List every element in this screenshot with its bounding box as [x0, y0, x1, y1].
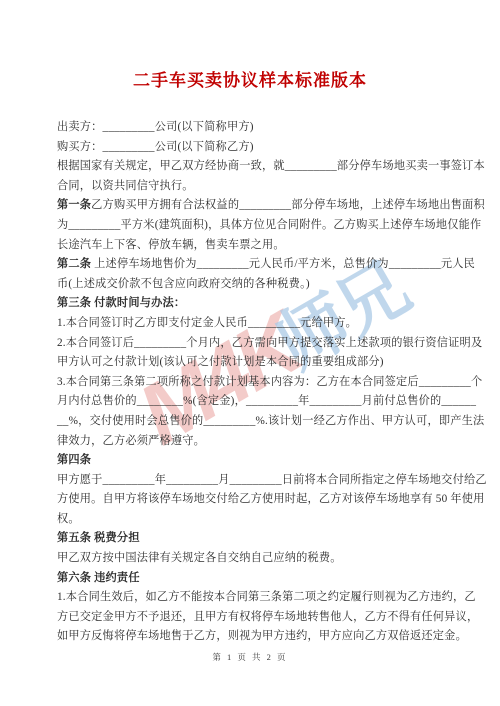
- document-line: 3.本合同第三条第二项所称之付款计划基本内容为：乙方在本合同签定后_______…: [57, 373, 447, 393]
- line-text: 甲方愿于_________年_________月_________日前将本合同所…: [57, 474, 487, 486]
- line-text: 月内付总售价的________%(含定金)，_________年________…: [57, 395, 476, 407]
- line-text: 如甲方反悔将停车场地售于乙方，则视为甲方违约，甲方应向乙方双倍返还定金。: [57, 630, 467, 642]
- line-text: 1.本合同签订时乙方即支付定金人民币_________元给甲方。: [57, 317, 357, 329]
- line-text: 为_________平方米(建筑面积)，具体方位见合同附件。乙方购买上述停车场地…: [57, 219, 481, 231]
- line-text: 甲乙双方按中国法律有关规定各自交纳自己应纳的税费。: [57, 552, 342, 564]
- line-text: 长途汽车上下客、停放车辆，售卖车票之用。: [57, 239, 285, 251]
- document-line: 第四条: [57, 451, 447, 471]
- line-text: 3.本合同第三条第二项所称之付款计划基本内容为：乙方在本合同签定后_______…: [57, 376, 482, 388]
- document-line: 甲方愿于_________年_________月_________日前将本合同所…: [57, 471, 447, 491]
- clause-heading: 第一条: [57, 199, 91, 211]
- document-line: 如甲方反悔将停车场地售于乙方，则视为甲方违约，甲方应向乙方双倍返还定金。: [57, 627, 447, 647]
- clause-heading: 第三条 付款时间与办法：: [57, 297, 185, 309]
- document-line: 1.本合同签订时乙方即支付定金人民币_________元给甲方。: [57, 314, 447, 334]
- line-text: 合同，以资共同信守执行。: [57, 180, 194, 192]
- clause-heading: 第五条 税费分担: [57, 532, 140, 544]
- document-line: 出卖方：_________公司(以下简称甲方): [57, 118, 447, 138]
- document-line: 第三条 付款时间与办法：: [57, 294, 447, 314]
- line-text: 币(上述成交价款不包含应向政府交纳的各种税费。): [57, 278, 310, 290]
- clause-heading: 第二条: [57, 258, 91, 270]
- document-line: 1.本合同生效后，如乙方不能按本合同第三条第二项之约定履行则视为乙方违约，乙: [57, 588, 447, 608]
- document-line: __%，交付使用时会总售价的_________%.该计划一经乙方作出、甲方认可，…: [57, 412, 447, 432]
- document-line: 长途汽车上下客、停放车辆，售卖车票之用。: [57, 236, 447, 256]
- line-text: 甲方认可之付款计划(该认可之付款计划是本合同的重要组成部分): [57, 356, 384, 368]
- document-body: 出卖方：_________公司(以下简称甲方)购买方：_________公司(以…: [57, 118, 447, 647]
- line-text: 出卖方：_________公司(以下简称甲方): [57, 121, 254, 133]
- document-line: 为_________平方米(建筑面积)，具体方位见合同附件。乙方购买上述停车场地…: [57, 216, 447, 236]
- document-line: 第六条 违约责任: [57, 569, 447, 589]
- line-text: 上述停车场地售价为_________元人民币/平方米，总售价为_________…: [91, 258, 475, 270]
- contract-document-page: 二手车买卖协议样本标准版本 M4K 师兄 出卖方：_________公司(以下简…: [0, 0, 500, 706]
- line-text: 购买方：_________公司(以下简称乙方): [57, 141, 254, 153]
- document-line: 合同，以资共同信守执行。: [57, 177, 447, 197]
- document-line: 根据国家有关规定，甲乙双方经协商一致，就_________部分停车场地买卖一事签…: [57, 157, 447, 177]
- document-line: 方已交定金甲方不予退还，且甲方有权将停车场地转售他人，乙方不得有任何异议，: [57, 608, 447, 628]
- document-line: 币(上述成交价款不包含应向政府交纳的各种税费。): [57, 275, 447, 295]
- line-text: 律效力，乙方必须严格遵守。: [57, 435, 205, 447]
- line-text: 权。: [57, 513, 80, 525]
- clause-heading: 第四条: [57, 454, 91, 466]
- page-number-footer: 第 1 页 共 2 页: [0, 651, 500, 663]
- line-text: 1.本合同生效后，如乙方不能按本合同第三条第二项之约定履行则视为乙方违约，乙: [57, 591, 476, 603]
- line-text: 方已交定金甲方不予退还，且甲方有权将停车场地转售他人，乙方不得有任何异议，: [57, 611, 478, 623]
- document-line: 甲方认可之付款计划(该认可之付款计划是本合同的重要组成部分): [57, 353, 447, 373]
- document-line: 甲乙双方按中国法律有关规定各自交纳自己应纳的税费。: [57, 549, 447, 569]
- document-title: 二手车买卖协议样本标准版本: [0, 66, 500, 91]
- line-text: __%，交付使用时会总售价的_________%.该计划一经乙方作出、甲方认可，…: [57, 415, 484, 427]
- line-text: 根据国家有关规定，甲乙双方经协商一致，就_________部分停车场地买卖一事签…: [57, 160, 485, 172]
- document-line: 权。: [57, 510, 447, 530]
- document-line: 方使用。自甲方将该停车场地交付给乙方使用时起，乙方对该停车场地享有 50 年使用: [57, 490, 447, 510]
- clause-heading: 第六条 违约责任: [57, 572, 140, 584]
- line-text: 2.本合同签订后_________个月内，乙方需向甲方提交落实上述款项的银行资信…: [57, 337, 482, 349]
- document-line: 第二条 上述停车场地售价为_________元人民币/平方米，总售价为_____…: [57, 255, 447, 275]
- document-line: 2.本合同签订后_________个月内，乙方需向甲方提交落实上述款项的银行资信…: [57, 334, 447, 354]
- document-line: 购买方：_________公司(以下简称乙方): [57, 138, 447, 158]
- document-line: 第一条乙方购买甲方拥有合法权益的_________部分停车场地，上述停车场地出售…: [57, 196, 447, 216]
- document-line: 律效力，乙方必须严格遵守。: [57, 432, 447, 452]
- line-text: 乙方购买甲方拥有合法权益的_________部分停车场地，上述停车场地出售面积: [91, 199, 485, 211]
- document-line: 第五条 税费分担: [57, 529, 447, 549]
- line-text: 方使用。自甲方将该停车场地交付给乙方使用时起，乙方对该停车场地享有 50 年使用: [57, 493, 485, 505]
- document-line: 月内付总售价的________%(含定金)，_________年________…: [57, 392, 447, 412]
